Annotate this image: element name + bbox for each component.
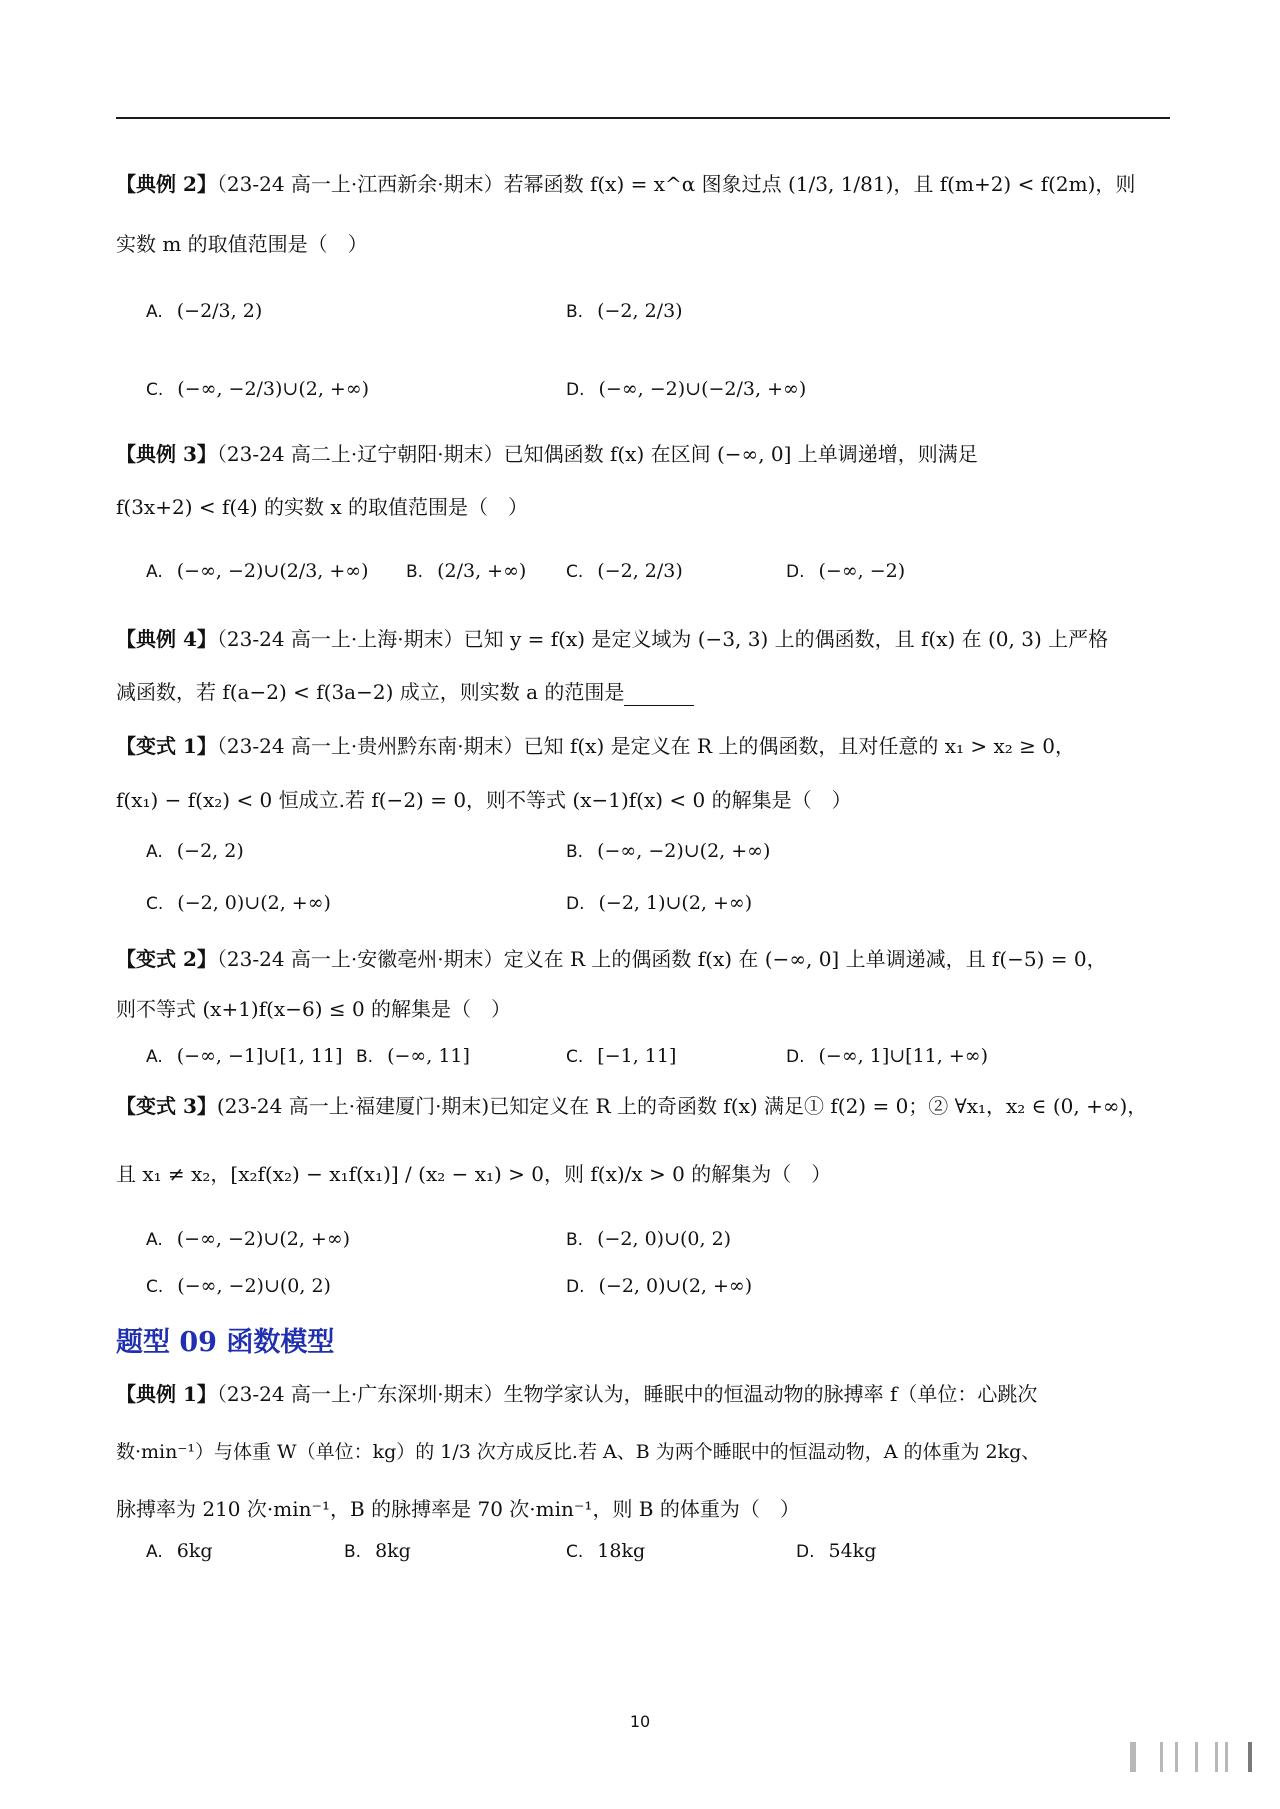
option-text: (−∞, −2)∪(2, +∞) — [177, 1228, 350, 1250]
option-a[interactable]: A.(−2/3, 2) — [146, 300, 262, 322]
option-c[interactable]: C.18kg — [566, 1540, 645, 1562]
option-c[interactable]: C.(−∞, −2/3)∪(2, +∞) — [146, 378, 369, 400]
option-b[interactable]: B.(−2, 2/3) — [566, 300, 683, 322]
option-text: (−2, 0)∪(2, +∞) — [599, 1275, 753, 1297]
option-text: (−∞, −1]∪[1, 11] — [177, 1045, 343, 1067]
option-text: (−∞, 1]∪[11, +∞) — [819, 1045, 989, 1067]
watermark-logo-icon — [1130, 1742, 1270, 1772]
option-text: (−∞, −2) — [819, 560, 906, 582]
problem-text: 生物学家认为，睡眠中的恒温动物的脉搏率 f（单位：心跳次 — [504, 1382, 1038, 1406]
page-number: 10 — [0, 1712, 1280, 1731]
option-text: (−2, 2/3) — [597, 560, 683, 582]
option-d[interactable]: D.(−∞, −2)∪(−2/3, +∞) — [566, 378, 806, 400]
option-b[interactable]: B.(2/3, +∞) — [406, 560, 526, 582]
problem-source: （23-24 高一上·上海·期末） — [217, 627, 464, 651]
problem-tag: 【典例 4】 — [116, 627, 217, 651]
option-text: 18kg — [597, 1540, 645, 1562]
option-text: (−∞, −2)∪(−2/3, +∞) — [599, 378, 807, 400]
option-d[interactable]: D.(−2, 1)∪(2, +∞) — [566, 892, 752, 914]
option-text: (−2, 0)∪(2, +∞) — [177, 892, 331, 914]
option-text: 54kg — [829, 1540, 877, 1562]
problem-text: 减函数，若 f(a−2) < f(3a−2) 成立，则实数 a 的范围是 — [116, 680, 624, 704]
problem-source: (23-24 高一上·福建厦门·期末) — [217, 1094, 489, 1118]
option-a[interactable]: A.6kg — [146, 1540, 213, 1562]
option-d[interactable]: D.(−2, 0)∪(2, +∞) — [566, 1275, 752, 1297]
problem-text: 已知 y = f(x) 是定义域为 (−3, 3) 上的偶函数，且 f(x) 在… — [464, 627, 1109, 651]
problem-var2-line2: 则不等式 (x+1)f(x−6) ≤ 0 的解集是（ ） — [116, 995, 511, 1023]
option-a[interactable]: A.(−∞, −1]∪[1, 11] — [146, 1045, 342, 1067]
problem-var3-line2: 且 x₁ ≠ x₂，[x₂f(x₂) − x₁f(x₁)] / (x₂ − x₁… — [116, 1160, 831, 1188]
problem-text: 定义在 R 上的偶函数 f(x) 在 (−∞, 0] 上单调递减，且 f(−5)… — [504, 947, 1107, 971]
option-text: (2/3, +∞) — [437, 560, 526, 582]
problem-var3-line1: 【变式 3】(23-24 高一上·福建厦门·期末)已知定义在 R 上的奇函数 f… — [116, 1092, 1147, 1120]
option-c[interactable]: C.(−∞, −2)∪(0, 2) — [146, 1275, 331, 1297]
problem-tag: 【变式 3】 — [116, 1094, 217, 1118]
problem-var1-line1: 【变式 1】（23-24 高一上·贵州黔东南·期末）已知 f(x) 是定义在 R… — [116, 732, 1075, 760]
option-text: [−1, 11] — [597, 1045, 676, 1067]
option-text: (−2, 2/3) — [597, 300, 683, 322]
option-b[interactable]: B.(−∞, −2)∪(2, +∞) — [566, 840, 770, 862]
problem-tag: 【典例 3】 — [116, 442, 217, 466]
option-c[interactable]: C.(−2, 2/3) — [566, 560, 683, 582]
section-heading: 题型 09 函数模型 — [116, 1320, 334, 1359]
problem-model1-line3: 脉搏率为 210 次·min⁻¹，B 的脉搏率是 70 次·min⁻¹，则 B … — [116, 1495, 800, 1523]
option-text: 8kg — [375, 1540, 411, 1562]
option-c[interactable]: C.[−1, 11] — [566, 1045, 676, 1067]
option-a[interactable]: A.(−2, 2) — [146, 840, 244, 862]
option-text: (−∞, 11] — [387, 1045, 470, 1067]
problem-var1-line2: f(x₁) − f(x₂) < 0 恒成立.若 f(−2) = 0，则不等式 (… — [116, 786, 852, 814]
problem-source: （23-24 高一上·安徽亳州·期末） — [217, 947, 504, 971]
option-b[interactable]: B.(−∞, 11] — [356, 1045, 470, 1067]
option-text: (−2, 0)∪(0, 2) — [597, 1228, 731, 1250]
option-a[interactable]: A.(−∞, −2)∪(2, +∞) — [146, 1228, 350, 1250]
option-text: (−∞, −2)∪(2/3, +∞) — [177, 560, 369, 582]
problem-text: 已知定义在 R 上的奇函数 f(x) 满足① f(2) = 0；② ∀x₁，x₂… — [489, 1094, 1147, 1118]
problem-ex2-line1: 【典例 2】（23-24 高一上·江西新余·期末）若幂函数 f(x) = x^α… — [116, 170, 1135, 198]
option-text: 6kg — [177, 1540, 213, 1562]
option-a[interactable]: A.(−∞, −2)∪(2/3, +∞) — [146, 560, 369, 582]
problem-ex4-line2: 减函数，若 f(a−2) < f(3a−2) 成立，则实数 a 的范围是 — [116, 678, 694, 706]
option-b[interactable]: B.8kg — [344, 1540, 411, 1562]
option-text: (−2/3, 2) — [177, 300, 263, 322]
problem-ex3-line2: f(3x+2) < f(4) 的实数 x 的取值范围是（ ） — [116, 493, 528, 521]
option-text: (−2, 2) — [177, 840, 244, 862]
option-text: (−2, 1)∪(2, +∞) — [599, 892, 753, 914]
problem-ex4-line1: 【典例 4】（23-24 高一上·上海·期末）已知 y = f(x) 是定义域为… — [116, 625, 1108, 653]
option-c[interactable]: C.(−2, 0)∪(2, +∞) — [146, 892, 331, 914]
problem-var2-line1: 【变式 2】（23-24 高一上·安徽亳州·期末）定义在 R 上的偶函数 f(x… — [116, 945, 1107, 973]
answer-blank[interactable] — [624, 685, 694, 706]
option-d[interactable]: D.54kg — [796, 1540, 876, 1562]
problem-ex2-line2: 实数 m 的取值范围是（ ） — [116, 230, 368, 258]
problem-ex3-line1: 【典例 3】（23-24 高二上·辽宁朝阳·期末）已知偶函数 f(x) 在区间 … — [116, 440, 978, 468]
problem-source: （23-24 高一上·广东深圳·期末） — [217, 1382, 504, 1406]
problem-source: （23-24 高二上·辽宁朝阳·期末） — [217, 442, 504, 466]
option-text: (−∞, −2/3)∪(2, +∞) — [177, 378, 369, 400]
problem-model1-line1: 【典例 1】（23-24 高一上·广东深圳·期末）生物学家认为，睡眠中的恒温动物… — [116, 1380, 1037, 1408]
problem-text: 若幂函数 f(x) = x^α 图象过点 (1/3, 1/81)，且 f(m+2… — [504, 172, 1136, 196]
problem-model1-line2: 数·min⁻¹）与体重 W（单位：kg）的 1/3 次方成反比.若 A、B 为两… — [116, 1438, 1040, 1466]
problem-text: 已知 f(x) 是定义在 R 上的偶函数，且对任意的 x₁ > x₂ ≥ 0， — [524, 734, 1075, 758]
problem-source: （23-24 高一上·贵州黔东南·期末） — [217, 734, 524, 758]
option-d[interactable]: D.(−∞, 1]∪[11, +∞) — [786, 1045, 988, 1067]
option-text: (−∞, −2)∪(0, 2) — [177, 1275, 331, 1297]
problem-text: 已知偶函数 f(x) 在区间 (−∞, 0] 上单调递增，则满足 — [504, 442, 978, 466]
problem-tag: 【典例 2】 — [116, 172, 217, 196]
problem-tag: 【变式 1】 — [116, 734, 217, 758]
problem-tag: 【变式 2】 — [116, 947, 217, 971]
option-b[interactable]: B.(−2, 0)∪(0, 2) — [566, 1228, 731, 1250]
problem-tag: 【典例 1】 — [116, 1382, 217, 1406]
problem-source: （23-24 高一上·江西新余·期末） — [217, 172, 504, 196]
option-d[interactable]: D.(−∞, −2) — [786, 560, 905, 582]
header-rule — [116, 117, 1170, 119]
option-text: (−∞, −2)∪(2, +∞) — [597, 840, 770, 862]
